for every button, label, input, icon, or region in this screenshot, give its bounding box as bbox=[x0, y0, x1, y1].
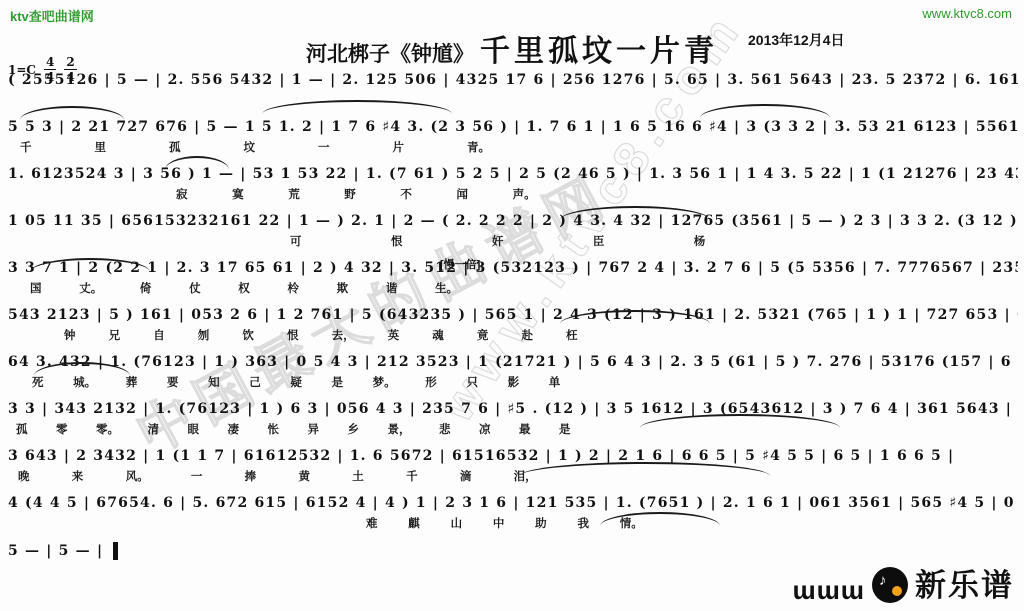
logo-brand-name: 新乐谱 bbox=[915, 570, 1014, 601]
notation-line: 3 3 7 1 | 2 (2 2 1 | 2. 3 17 65 61 | 2 )… bbox=[8, 260, 1018, 280]
music-system: 5 5 3 | 2 21 727 676 | 5 — 1 5 1. 2 | 1 … bbox=[8, 119, 1018, 166]
music-system: 64 3. 432 | 1. (76123 | 1 ) 363 | 0 5 4 … bbox=[8, 354, 1018, 401]
time-sig-numerator: 4 bbox=[44, 56, 56, 70]
lyrics-line: 钟 兄 自 刎 饮 恨 去， 英 魂 竟 赴 枉 bbox=[64, 327, 1018, 343]
music-system: 543 2123 | 5 ) 161 | 053 2 6 | 1 2 761 |… bbox=[8, 307, 1018, 354]
score: ( 2555126 | 5 — | 2. 556 5432 | 1 — | 2.… bbox=[8, 72, 1018, 589]
time-sig-numerator: 2 bbox=[64, 56, 76, 70]
site-url-link[interactable]: www.ktvc8.com bbox=[922, 6, 1012, 21]
site-name-link[interactable]: ktv查吧曲谱网 bbox=[10, 6, 94, 25]
music-system: 3 3 7 1 | 2 (2 2 1 | 2. 3 17 65 61 | 2 )… bbox=[8, 260, 1018, 307]
title-row: 河北梆子《钟馗》千里孤坟一片青 bbox=[0, 26, 1024, 70]
logo-www-text: ɯɯɯ bbox=[793, 577, 865, 603]
lyrics-line: 孤 零 零。 清 眼 凄 怅 异 乡 景， 悲 凉 最 是 bbox=[16, 421, 1018, 437]
lyrics-line: 晚 来 风。 一 捧 黄 土 千 滴 泪， bbox=[18, 468, 1018, 484]
vinyl-record-icon: ♪ bbox=[872, 567, 908, 603]
notation-line: 5 — | 5 — | bbox=[8, 542, 1018, 562]
music-system: 3 3 | 343 2132 | 1. (76123 | 1 ) 6 3 | 0… bbox=[8, 401, 1018, 448]
opera-title: 河北梆子《钟馗》 bbox=[306, 43, 474, 66]
notation-line: 5 5 3 | 2 21 727 676 | 5 — 1 5 1. 2 | 1 … bbox=[8, 119, 1018, 139]
notation-line: ( 2555126 | 5 — | 2. 556 5432 | 1 — | 2.… bbox=[8, 72, 1018, 92]
music-system: 4 (4 4 5 | 67654. 6 | 5. 672 615 | 6152 … bbox=[8, 495, 1018, 542]
final-barline bbox=[113, 542, 118, 560]
song-title: 千里孤坟一片青 bbox=[480, 35, 718, 68]
music-note-icon: ♪ bbox=[879, 572, 887, 589]
notation-line: 3 643 | 2 3432 | 1 (1 1 7 | 61612532 | 1… bbox=[8, 448, 1018, 468]
music-system: ( 2555126 | 5 — | 2. 556 5432 | 1 — | 2.… bbox=[8, 72, 1018, 119]
publish-date: 2013年12月4日 bbox=[748, 30, 845, 50]
notation-line: 3 3 | 343 2132 | 1. (76123 | 1 ) 6 3 | 0… bbox=[8, 401, 1018, 421]
notation-line: 64 3. 432 | 1. (76123 | 1 ) 363 | 0 5 4 … bbox=[8, 354, 1018, 374]
footer-logo: ɯɯɯ ♪ 新乐谱 bbox=[793, 567, 1014, 603]
notation-text: 5 — | 5 — | bbox=[8, 543, 103, 559]
music-system: 1 05 11 35 | 656153232161 22 | 1 — ) 2. … bbox=[8, 213, 1018, 260]
notation-line: 543 2123 | 5 ) 161 | 053 2 6 | 1 2 761 |… bbox=[8, 307, 1018, 327]
notation-line: 1. 6123524 3 | 3 56 ) 1 — | 53 1 53 22 |… bbox=[8, 166, 1018, 186]
lyrics-line: 寂 寞 荒 野 不 闻 声。 bbox=[176, 186, 1018, 202]
notation-line: 1 05 11 35 | 656153232161 22 | 1 — ) 2. … bbox=[8, 213, 1018, 233]
notation-line: 4 (4 4 5 | 67654. 6 | 5. 672 615 | 6152 … bbox=[8, 495, 1018, 515]
lyrics-line: 千 里 孤 坟 一 片 青。 bbox=[20, 139, 1018, 155]
lyrics-line bbox=[8, 92, 1018, 108]
lyrics-line: 国 丈。 倚 仗 权 柃 欺 谐 生。 bbox=[30, 280, 1018, 296]
music-system: 1. 6123524 3 | 3 56 ) 1 — | 53 1 53 22 |… bbox=[8, 166, 1018, 213]
record-label-dot bbox=[892, 586, 902, 596]
music-system: 3 643 | 2 3432 | 1 (1 1 7 | 61612532 | 1… bbox=[8, 448, 1018, 495]
lyrics-line: 死 城。 葬 要 知 己 疑 是 梦。 形 只 影 单 bbox=[32, 374, 1018, 390]
lyrics-line: 可 恨 奸 臣 杨 bbox=[290, 233, 1018, 249]
